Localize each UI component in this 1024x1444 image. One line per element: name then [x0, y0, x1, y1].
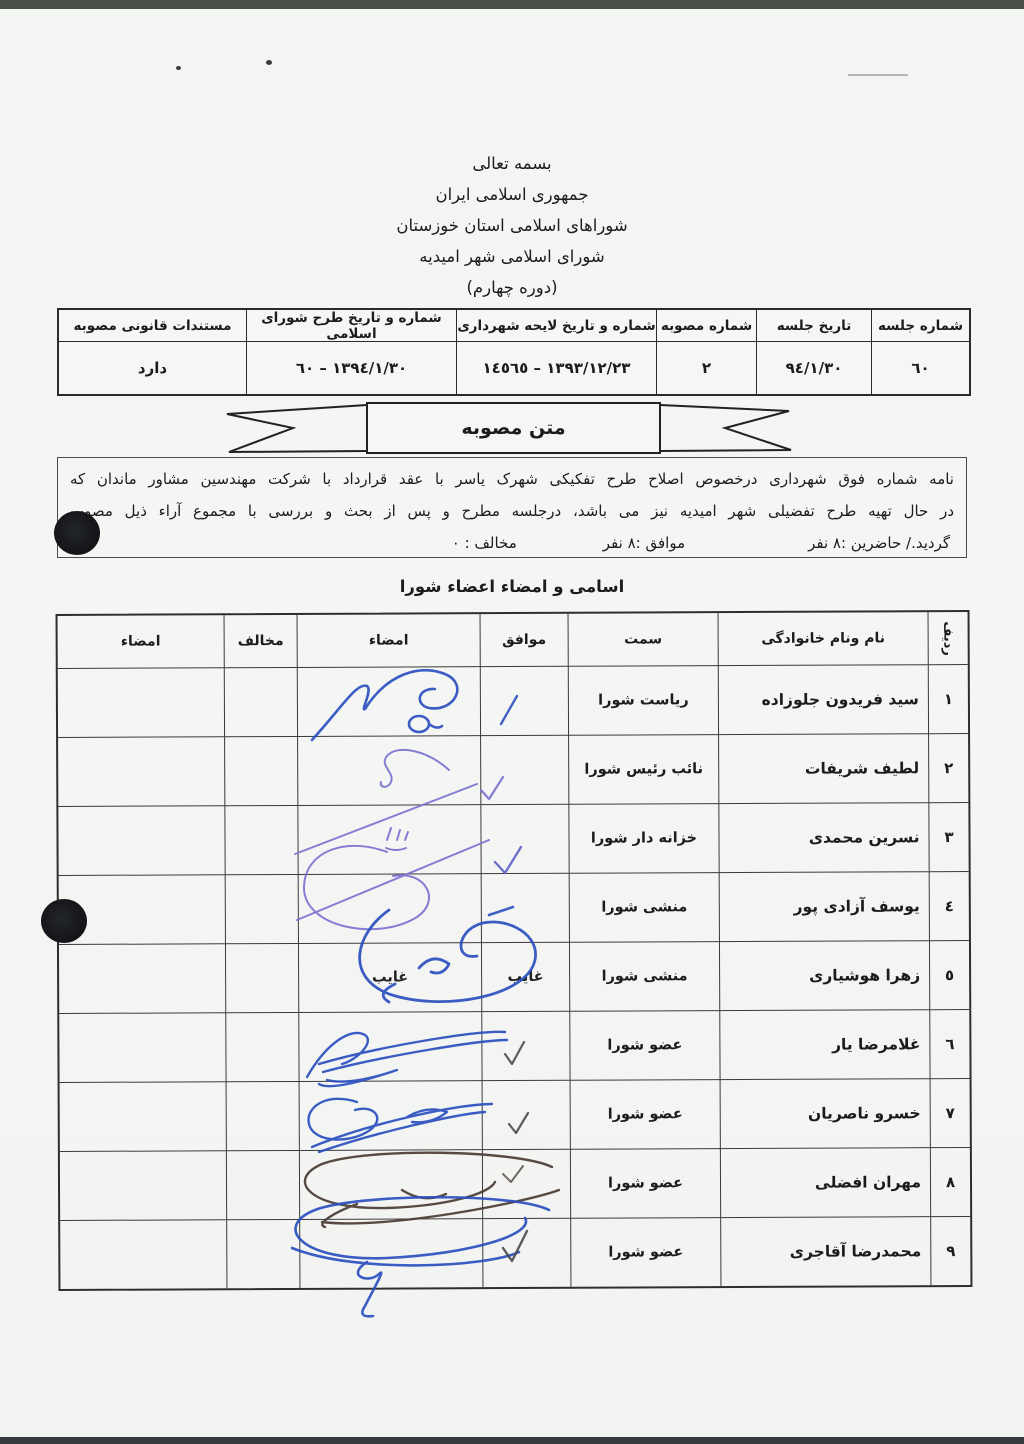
- info-col-session-no: شماره جلسه: [871, 310, 969, 341]
- info-val-resolution-no: ٢: [656, 341, 756, 394]
- signature-cell-absent: غایب: [298, 942, 481, 1012]
- signature2-cell: [58, 667, 224, 737]
- resolution-line-3: گردید./ حاضرین :٨ نفر موافق :٨ نفر مخالف…: [70, 527, 954, 559]
- member-position: عضو شورا: [569, 1010, 719, 1080]
- signature-cell: [297, 735, 480, 805]
- signature2-cell: [59, 1012, 225, 1082]
- signature-cell: [299, 1080, 482, 1150]
- resolution-text-banner: متن مصوبه: [219, 402, 797, 456]
- member-position: منشی شورا: [569, 941, 719, 1011]
- letterhead-line: شوراهای اسلامی استان خوزستان: [0, 210, 1024, 241]
- agree-count: موافق :٨ نفر: [603, 527, 685, 559]
- signature2-cell: [60, 1081, 226, 1151]
- signature2-cell: [60, 1150, 226, 1220]
- vote-cell: [480, 666, 568, 735]
- vote-cell: [480, 804, 568, 873]
- member-name: زهرا هوشیاری: [719, 940, 929, 1010]
- member-position: عضو شورا: [570, 1148, 720, 1218]
- opposed-count: مخالف : ٠: [452, 527, 517, 559]
- member-position: عضو شورا: [570, 1217, 720, 1287]
- members-section-title: اسامی و امضاء اعضاء شورا: [0, 577, 1024, 596]
- info-col-session-date: تاریخ جلسه: [756, 310, 871, 341]
- col-header-agree: موافق: [480, 614, 568, 666]
- vote-cell-absent: غایب: [481, 942, 569, 1011]
- vote-cell: [482, 1149, 570, 1218]
- signature-cell: [297, 666, 480, 736]
- dust-speck: [176, 66, 181, 70]
- opposed-cell: [226, 1219, 299, 1288]
- info-col-resolution-no: شماره مصوبه: [656, 310, 756, 341]
- punch-hole-bottom: [41, 899, 87, 943]
- opposed-cell: [226, 1081, 299, 1150]
- signature-cell: [299, 1218, 482, 1288]
- vote-cell: [482, 1080, 570, 1149]
- dust-speck: [266, 60, 272, 65]
- member-name: مهران افضلی: [720, 1147, 930, 1217]
- info-val-bill: ١٣٩٣/١٢/٢٣ – ١٤٥٦٥: [456, 341, 656, 394]
- member-name: خسرو ناصریان: [720, 1078, 930, 1148]
- letterhead: بسمه تعالی جمهوری اسلامی ایران شوراهای ا…: [0, 148, 1024, 303]
- member-position: ریاست شورا: [568, 665, 718, 735]
- opposed-cell: [224, 667, 297, 736]
- row-no: ٦: [929, 1009, 969, 1078]
- scan-smudge: [848, 74, 908, 76]
- col-header-signature2: امضاء: [58, 615, 224, 668]
- letterhead-line-term: (دوره چهارم): [0, 272, 1024, 303]
- col-header-name: نام ونام خانوادگی: [718, 612, 928, 665]
- row-no: ٢: [928, 733, 968, 802]
- member-name: سید فریدون جلوزاده: [718, 664, 928, 734]
- row-no: ٣: [928, 802, 968, 871]
- letterhead-line: شورای اسلامی شهر امیدیه: [0, 241, 1024, 272]
- opposed-cell: [224, 736, 297, 805]
- opposed-cell: [225, 874, 298, 943]
- letterhead-line: جمهوری اسلامی ایران: [0, 179, 1024, 210]
- signature2-cell: [58, 736, 224, 806]
- vote-cell: [481, 1011, 569, 1080]
- vote-cell: [480, 735, 568, 804]
- col-header-signature: امضاء: [297, 614, 480, 667]
- info-col-plan: شماره و تاریخ طرح شورای اسلامی: [246, 310, 456, 341]
- row-no: ١: [928, 664, 968, 733]
- scan-bottom-edge: [0, 1437, 1024, 1444]
- signature-cell: [299, 1149, 482, 1219]
- info-val-session-no: ٦٠: [871, 341, 969, 394]
- member-position: منشی شورا: [569, 872, 719, 942]
- vote-cell: [481, 873, 569, 942]
- resolution-line-1: نامه شماره فوق شهرداری درخصوص اصلاح طرح …: [70, 463, 954, 495]
- member-position: خزانه دار شورا: [568, 803, 718, 873]
- info-val-session-date: ٩٤/١/٣٠: [756, 341, 871, 394]
- signature-cell: [298, 1011, 481, 1081]
- row-no: ٧: [930, 1078, 970, 1147]
- row-no: ٩: [930, 1216, 970, 1285]
- vote-cell: [482, 1218, 570, 1287]
- member-name: یوسف آزادی پور: [719, 871, 929, 941]
- attendees-count: گردید./ حاضرین :٨ نفر: [808, 527, 950, 559]
- opposed-cell: [224, 805, 297, 874]
- info-val-plan: ١٣٩٤/١/٣٠ – ٦٠: [246, 341, 456, 394]
- member-name: محمدرضا آقاجری: [720, 1216, 930, 1286]
- member-position: عضو شورا: [570, 1079, 720, 1149]
- member-name: غلامرضا یار: [719, 1009, 929, 1079]
- opposed-cell: [225, 943, 298, 1012]
- members-signature-table: ردیف نام ونام خانوادگی سمت موافق امضاء م…: [56, 610, 973, 1291]
- letterhead-line: بسمه تعالی: [0, 148, 1024, 179]
- scanned-council-resolution-page: بسمه تعالی جمهوری اسلامی ایران شوراهای ا…: [0, 0, 1024, 1444]
- opposed-cell: [225, 1012, 298, 1081]
- signature2-cell: [60, 1219, 226, 1289]
- row-no: ٨: [930, 1147, 970, 1216]
- signature-cell: [297, 804, 480, 874]
- info-col-bill: شماره و تاریخ لایحه شهرداری: [456, 310, 656, 341]
- member-name: نسرین محمدی: [718, 802, 928, 872]
- resolution-text-box: نامه شماره فوق شهرداری درخصوص اصلاح طرح …: [57, 457, 967, 558]
- signature2-cell: [58, 805, 224, 875]
- resolution-info-table: شماره جلسه تاریخ جلسه شماره مصوبه شماره …: [57, 308, 971, 396]
- row-no: ٥: [929, 940, 969, 1009]
- resolution-line-2: در حال تهیه طرح تفضیلی شهر امیدیه نیز می…: [70, 495, 954, 527]
- row-no: ٤: [929, 871, 969, 940]
- col-header-position: سمت: [568, 613, 718, 666]
- opposed-cell: [226, 1150, 299, 1219]
- signature-cell: [298, 873, 481, 943]
- punch-hole-top: [54, 511, 100, 555]
- info-val-legal-docs: دارد: [59, 341, 246, 394]
- member-position: نائب رئیس شورا: [568, 734, 718, 804]
- banner-title: متن مصوبه: [367, 402, 660, 454]
- signature2-cell: [59, 943, 225, 1013]
- col-header-row-no: ردیف: [928, 612, 968, 664]
- scan-top-edge: [0, 0, 1024, 9]
- member-name: لطیف شریفات: [718, 733, 928, 803]
- col-header-opposed: مخالف: [224, 615, 297, 667]
- info-col-legal-docs: مستندات قانونی مصوبه: [59, 310, 246, 341]
